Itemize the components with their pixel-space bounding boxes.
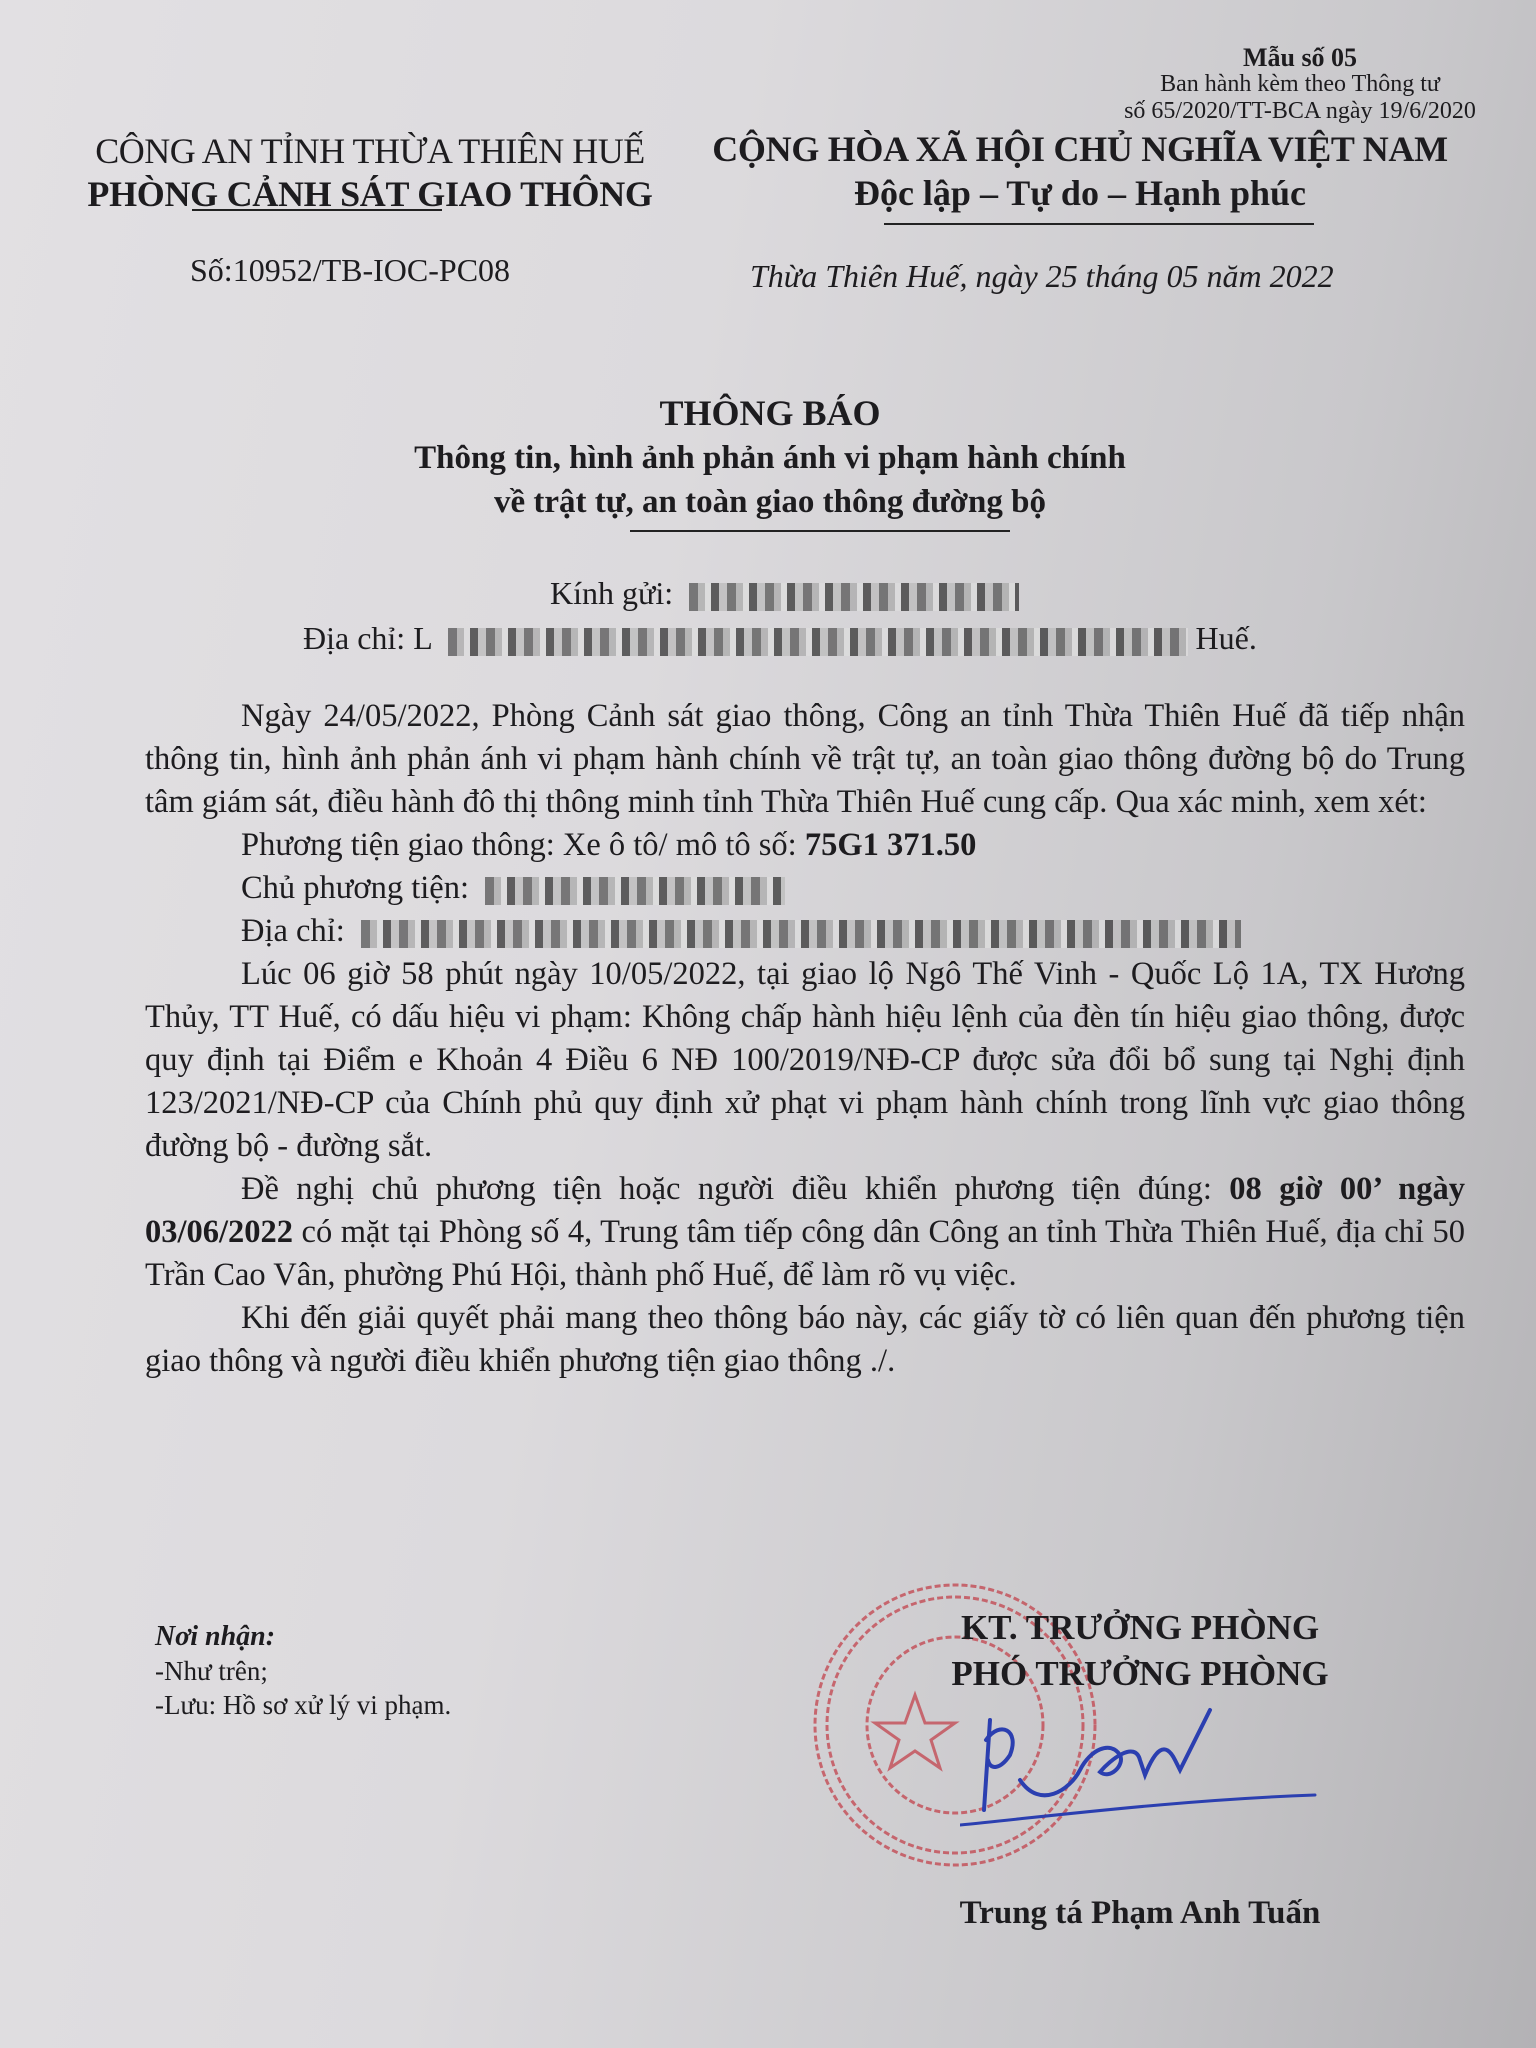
recipient-address-line: Địa chỉ: L Huế. <box>303 620 1257 657</box>
para3-end: có mặt tại Phòng số 4, Trung tâm tiếp cô… <box>145 1214 1465 1293</box>
form-number-block: Mẫu số 05 Ban hành kèm theo Thông tư số … <box>1120 44 1480 125</box>
agency-name: CÔNG AN TỈNH THỪA THIÊN HUẾ <box>50 130 690 172</box>
signature-block: KT. TRƯỞNG PHÒNG PHÓ TRƯỞNG PHÒNG <box>880 1605 1400 1697</box>
handwritten-signature-icon <box>960 1700 1320 1830</box>
form-number-line2: số 65/2020/TT-BCA ngày 19/6/2020 <box>1120 98 1480 125</box>
redacted-owner-address <box>361 920 1241 948</box>
document-title: THÔNG BÁO Thông tin, hình ảnh phản ánh v… <box>250 390 1290 524</box>
recipients-item: -Lưu: Hồ sơ xử lý vi phạm. <box>155 1688 451 1722</box>
form-number-title: Mẫu số 05 <box>1120 44 1480 71</box>
body-paragraph-2: Lúc 06 giờ 58 phút ngày 10/05/2022, tại … <box>145 953 1465 1168</box>
document-number: Số:10952/TB-IOC-PC08 <box>190 252 510 289</box>
recipients-item: -Như trên; <box>155 1654 451 1688</box>
owner-address-line: Địa chỉ: <box>145 910 1465 953</box>
document-body: Ngày 24/05/2022, Phòng Cảnh sát giao thô… <box>145 695 1465 1383</box>
owner-address-label: Địa chỉ: <box>241 913 353 949</box>
recipients-heading: Nơi nhận: <box>155 1620 451 1654</box>
body-paragraph-1: Ngày 24/05/2022, Phòng Cảnh sát giao thô… <box>145 695 1465 824</box>
body-paragraph-3: Đề nghị chủ phương tiện hoặc người điều … <box>145 1168 1465 1297</box>
title-sub2: về trật tự, an toàn giao thông đường bộ <box>250 480 1290 524</box>
redacted-recipient-address <box>448 628 1188 656</box>
header-right-underline <box>884 223 1314 225</box>
title-underline <box>630 530 1010 532</box>
body-paragraph-4: Khi đến giải quyết phải mang theo thông … <box>145 1297 1465 1383</box>
national-header: CỘNG HÒA XÃ HỘI CHỦ NGHĨA VIỆT NAM Độc l… <box>700 127 1460 215</box>
vehicle-line: Phương tiện giao thông: Xe ô tô/ mô tô s… <box>145 824 1465 867</box>
header-left-underline <box>192 209 442 211</box>
recipient-address-tail: Huế. <box>1196 620 1257 656</box>
place-date: Thừa Thiên Huế, ngày 25 tháng 05 năm 202… <box>750 258 1334 295</box>
vehicle-plate: 75G1 371.50 <box>805 827 977 863</box>
owner-line: Chủ phương tiện: <box>145 867 1465 910</box>
signer-name: Trung tá Phạm Anh Tuấn <box>880 1895 1400 1932</box>
signature-title-1: KT. TRƯỞNG PHÒNG <box>880 1605 1400 1651</box>
national-motto: Độc lập – Tự do – Hạnh phúc <box>700 171 1460 215</box>
form-number-line1: Ban hành kèm theo Thông tư <box>1120 71 1480 98</box>
issuing-agency-header: CÔNG AN TỈNH THỪA THIÊN HUẾ PHÒNG CẢNH S… <box>50 130 690 216</box>
title-main: THÔNG BÁO <box>250 390 1290 436</box>
recipient-line: Kính gửi: <box>550 575 1019 612</box>
recipient-label: Kính gửi: <box>550 575 673 611</box>
redacted-owner-name <box>485 877 785 905</box>
country-name: CỘNG HÒA XÃ HỘI CHỦ NGHĨA VIỆT NAM <box>700 127 1460 171</box>
recipient-address-label: Địa chỉ: L <box>303 620 432 656</box>
redacted-recipient-name <box>689 583 1019 611</box>
recipients-list: Nơi nhận: -Như trên; -Lưu: Hồ sơ xử lý v… <box>155 1620 451 1722</box>
document-page: Mẫu số 05 Ban hành kèm theo Thông tư số … <box>0 0 1536 2048</box>
vehicle-label: Phương tiện giao thông: Xe ô tô/ mô tô s… <box>241 827 805 863</box>
title-sub1: Thông tin, hình ảnh phản ánh vi phạm hàn… <box>250 436 1290 480</box>
signature-title-2: PHÓ TRƯỞNG PHÒNG <box>880 1651 1400 1697</box>
para3-start: Đề nghị chủ phương tiện hoặc người điều … <box>241 1171 1229 1207</box>
owner-label: Chủ phương tiện: <box>241 870 477 906</box>
